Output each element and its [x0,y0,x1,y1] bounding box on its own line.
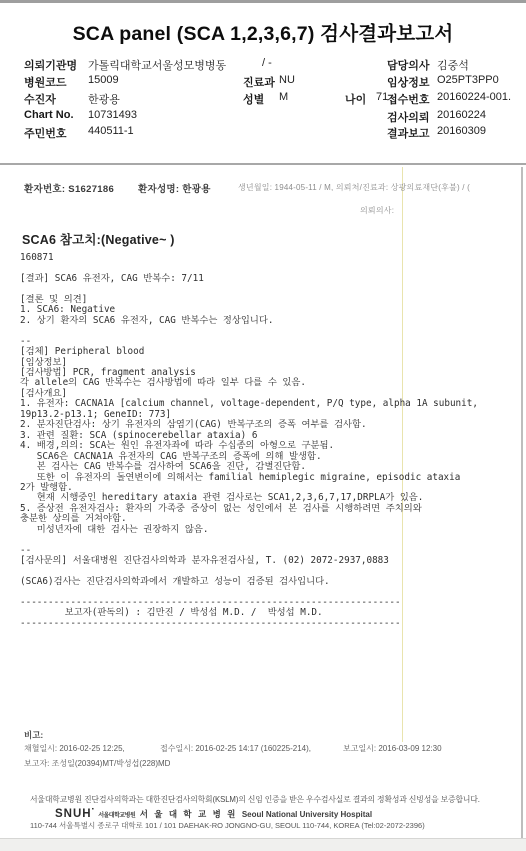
hospital-name-kr: 서 울 대 학 교 병 원 [140,809,238,819]
report-date-label: 결과보고 [387,125,430,141]
doctor-label: 담당의사 [387,57,430,73]
patient-name: 환자성명: 한광용 [138,181,211,195]
requester-org-value: 가톨릭대학교서울성모병병동 [88,57,226,73]
doctor-value: 김중석 [437,57,469,73]
receipt-no-label: 접수번호 [387,91,430,107]
report-body: 160871 [결과] SCA6 유전자, CAG 반복수: 7/11 [결론 … [20,253,478,629]
clinical-info-label: 임상정보 [387,74,430,90]
dept-label: 진료과 [243,74,275,90]
resident-no-value: 440511-1 [88,125,134,137]
remarks-receipt-time: 접수일시: 2016-02-25 14:17 (160225-214), [160,743,311,754]
referring-doctor: 의뢰의사: [360,205,394,216]
hospital-name-en: Seoul National University Hospital [242,810,372,819]
patient-no: 환자번호: S1627186 [24,181,114,195]
hospital-code-label: 병원코드 [24,74,67,90]
request-date-value: 20160224 [437,109,486,121]
requester-org-extra: / - [262,57,272,69]
remarks-title: 비고: [24,729,43,741]
examinee-value: 한광용 [88,91,120,107]
requester-org-label: 의뢰기관명 [24,57,77,73]
page-edge-line [521,167,523,838]
report-date-value: 20160309 [437,125,486,137]
patient-birth-info: 생년월일: 1944-05-11 / M, 의뢰처/진료과: 상광의료재단(후불… [238,182,470,193]
dept-value: NU [279,74,295,86]
clinical-info-value: O25PT3PP0 [437,74,499,86]
chart-no-value: 10731493 [88,109,137,121]
remarks-reporters: 보고자: 조성일(20394)MT/박성섭(228)MD [24,758,170,769]
sex-label: 성별 [243,91,264,107]
examinee-label: 수진자 [24,91,56,107]
header-divider [0,163,526,165]
remarks-report-time: 보고일시: 2016-03-09 12:30 [343,743,442,754]
section-header: SCA6 참고치:(Negative~ ) [22,230,175,248]
chart-no-label: Chart No. [24,109,74,121]
snuh-logo-kr-small: 서울대학교병원 [98,813,135,819]
sex-value: M [279,91,288,103]
resident-no-label: 주민번호 [24,125,67,141]
bottom-strip [0,838,526,851]
remarks-draw-time: 채혈일시: 2016-02-25 12:25, [24,743,125,754]
report-title: SCA panel (SCA 1,2,3,6,7) 검사결과보고서 [0,18,526,46]
request-date-label: 검사의뢰 [387,109,430,125]
top-border [0,0,526,3]
hospital-code-value: 15009 [88,74,119,86]
report-page: SCA panel (SCA 1,2,3,6,7) 검사결과보고서 의뢰기관명 … [0,0,526,851]
age-label: 나이 [345,91,366,107]
footer-address: 110-744 서울특별시 종로구 대학로 101 / 101 DAEHAK-R… [30,820,425,831]
snuh-logo-mark-icon: ▪ [92,807,94,813]
receipt-no-value: 20160224-001. [437,91,511,103]
snuh-logo: SNUH [55,808,92,820]
